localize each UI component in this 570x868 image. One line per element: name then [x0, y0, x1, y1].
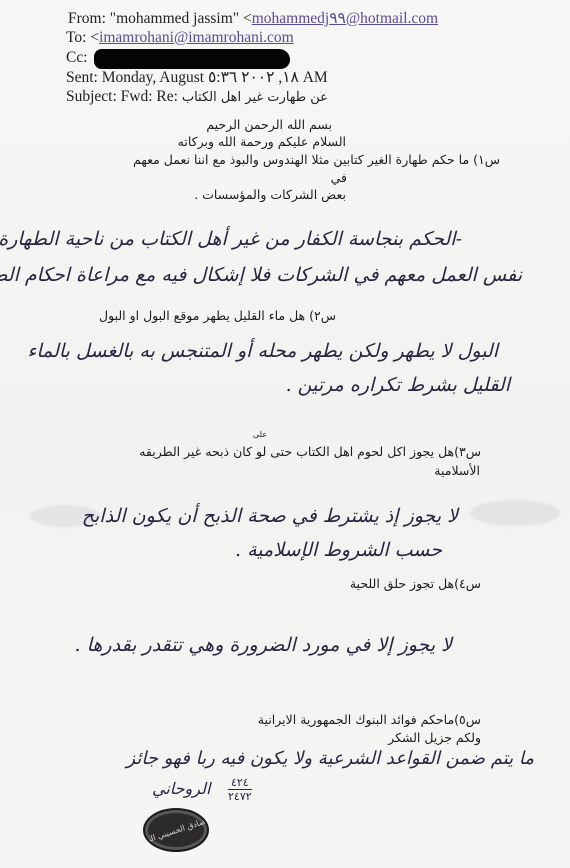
- faded-ink-smudge-right: [470, 500, 560, 526]
- answer-4: لا يجوز إلا في مورد الضرورة وهي تتقدر بق…: [75, 628, 452, 662]
- answer-3-line-2: حسب الشروط الإسلامية .: [235, 533, 442, 567]
- to-line: To: <imamrohani@imamrohani.com: [66, 29, 294, 47]
- official-seal-stamp: محمد صادق الحسيني الروحاني: [143, 808, 209, 852]
- answer-5: ما يتم ضمن القواعد الشرعية ولا يكون فيه …: [126, 742, 534, 776]
- cc-line: Cc:: [66, 49, 88, 67]
- sent-line: Sent: Monday, August ١٨, ٢٠٠٢ ٥:٣٦ AM: [66, 69, 328, 87]
- sent-label: Sent:: [66, 69, 98, 86]
- scanned-document-page: From: "mohammed jassim" <mohammedj٩٩@hot…: [0, 0, 570, 868]
- from-email-link[interactable]: mohammedj٩٩@hotmail.com: [252, 10, 438, 27]
- question-1-line-1: س١) ما حكم طهارة الغير كتابين مثلا الهند…: [133, 151, 500, 168]
- reference-number-bottom: ٢٤٧٢: [228, 790, 252, 803]
- answer-1-line-1: -الحكم بنجاسة الكفار من غير أهل الكتاب م…: [0, 222, 462, 256]
- question-4: س٤)هل تجوز حلق اللحية: [350, 575, 481, 592]
- question-1-line-3: بعض الشركات والمؤسسات .: [194, 186, 346, 203]
- answer-2-line-1: البول لا يطهر ولكن يطهر محله أو المتنجس …: [27, 334, 498, 368]
- reference-number-top: ٤٢٤: [228, 776, 252, 790]
- question-2: س٢) هل ماء القليل يطهر موقع البول او الب…: [99, 307, 336, 324]
- from-line: From: "mohammed jassim" <mohammedj٩٩@hot…: [68, 10, 438, 28]
- seal-text: محمد صادق الحسيني الروحاني: [143, 810, 209, 850]
- to-email-link[interactable]: imamrohani@imamrohani.com: [99, 29, 294, 46]
- signature-name: الروحاني: [152, 776, 210, 802]
- question-3-line-2: الأسلامية: [434, 462, 480, 479]
- subject-value: عن طهارت غير اهل الكتاب: [182, 90, 328, 105]
- from-name: "mohammed jassim" <: [110, 10, 252, 27]
- subject-line: Subject: Fwd: Re: عن طهارت غير اهل الكتا…: [66, 88, 328, 107]
- question-3-line-1: س٣)هل يجوز اكل لحوم اهل الكتاب حتى لو كا…: [139, 443, 481, 460]
- to-label: To: <: [66, 29, 99, 46]
- from-label: From:: [68, 10, 106, 27]
- greeting: السلام عليكم ورحمة الله وبركاته: [178, 133, 346, 150]
- answer-1-line-2: نفس العمل معهم في الشركات فلا إشكال فيه …: [0, 258, 522, 292]
- subject-label: Subject: Fwd: Re:: [66, 88, 178, 105]
- question-5: س٥)ماحكم فوائد البنوك الجمهورية الايراني…: [258, 711, 481, 728]
- question-1-line-2: في: [331, 169, 347, 186]
- cc-redaction-bar: [94, 49, 290, 69]
- answer-2-line-2: القليل بشرط تكراره مرتين .: [286, 368, 510, 402]
- question-3-insert-note: على: [253, 430, 267, 439]
- cc-label: Cc:: [66, 49, 88, 66]
- sent-value: Monday, August ١٨, ٢٠٠٢ ٥:٣٦ AM: [102, 69, 328, 86]
- reference-number: ٤٢٤ ٢٤٧٢: [228, 776, 252, 803]
- answer-3-line-1: لا يجوز إذ يشترط في صحة الذبح أن يكون ال…: [82, 499, 458, 533]
- basmala: بسم الله الرحمن الرحيم: [206, 116, 332, 133]
